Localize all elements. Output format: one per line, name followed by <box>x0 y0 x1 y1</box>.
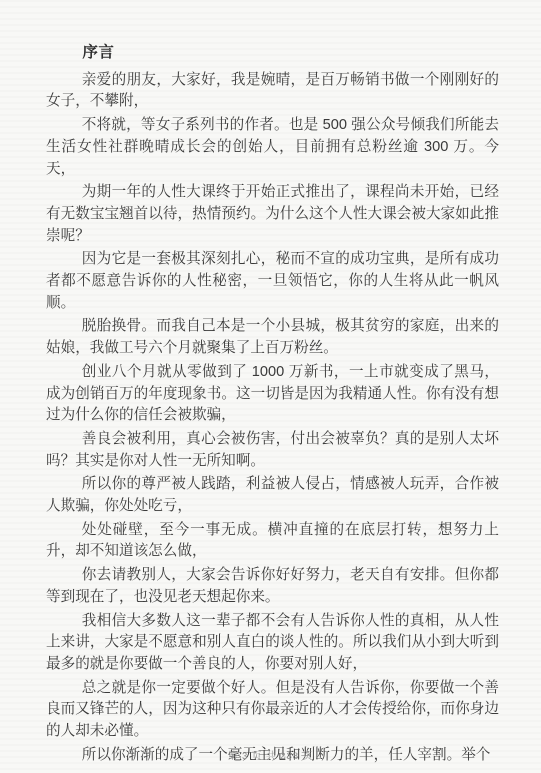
document-page: 序言 亲爱的朋友，大家好，我是婉晴，是百万畅销书做一个刚刚好的女子，不攀附，不将… <box>0 0 541 773</box>
paragraph: 我相信大多数人这一辈子都不会有人告诉你人性的真相，从人性上来讲，大家是不愿意和别… <box>46 611 499 676</box>
page-title: 序言 <box>46 42 499 64</box>
paragraph: 处处碰壁，至今一事无成。横冲直撞的在底层打转，想努力上升，却不知道该怎么做， <box>46 520 499 563</box>
paragraph: 脱胎换骨。而我自己本是一个小县城，极其贫穷的家庭，出来的姑娘，我做工号六个月就聚… <box>46 316 499 359</box>
paragraph: 总之就是你一定要做个好人。但是没有人告诉你，你要做一个善良而又锋芒的人，因为这种… <box>46 678 499 743</box>
page-content: 序言 亲爱的朋友，大家好，我是婉晴，是百万畅销书做一个刚刚好的女子，不攀附，不将… <box>46 42 499 769</box>
paragraph: 所以你的尊严被人践踏，利益被人侵占，情感被人玩弄，合作被人欺骗，你处处吃亏， <box>46 474 499 517</box>
paragraph: 为期一年的人性大课终于开始正式推出了，课程尚未开始，已经有无数宝宝翘首以待，热情… <box>46 182 499 247</box>
paragraph: 创业八个月就从零做到了 1000 万新书，一上市就变成了黑马，成为创销百万的年度… <box>46 362 499 427</box>
paragraph: 亲爱的朋友，大家好，我是婉晴，是百万畅销书做一个刚刚好的女子，不攀附， <box>46 70 499 113</box>
paragraph: 你去请教别人，大家会告诉你好好努力，老天自有安排。但你都等到现在了，也没见老天想… <box>46 565 499 608</box>
page-number-footer: 第 3 页 共 238 页 <box>0 748 541 762</box>
paragraph: 不将就，等女子系列书的作者。也是 500 强公众号倾我们所能去生活女性社群晚晴成… <box>46 115 499 180</box>
body-text: 亲爱的朋友，大家好，我是婉晴，是百万畅销书做一个刚刚好的女子，不攀附，不将就，等… <box>46 70 499 767</box>
paragraph: 善良会被利用，真心会被伤害，付出会被辜负？真的是别人太坏吗？其实是你对人性一无所… <box>46 429 499 472</box>
paragraph: 因为它是一套极其深刻扎心，秘而不宣的成功宝典，是所有成功者都不愿意告诉你的人性秘… <box>46 249 499 314</box>
